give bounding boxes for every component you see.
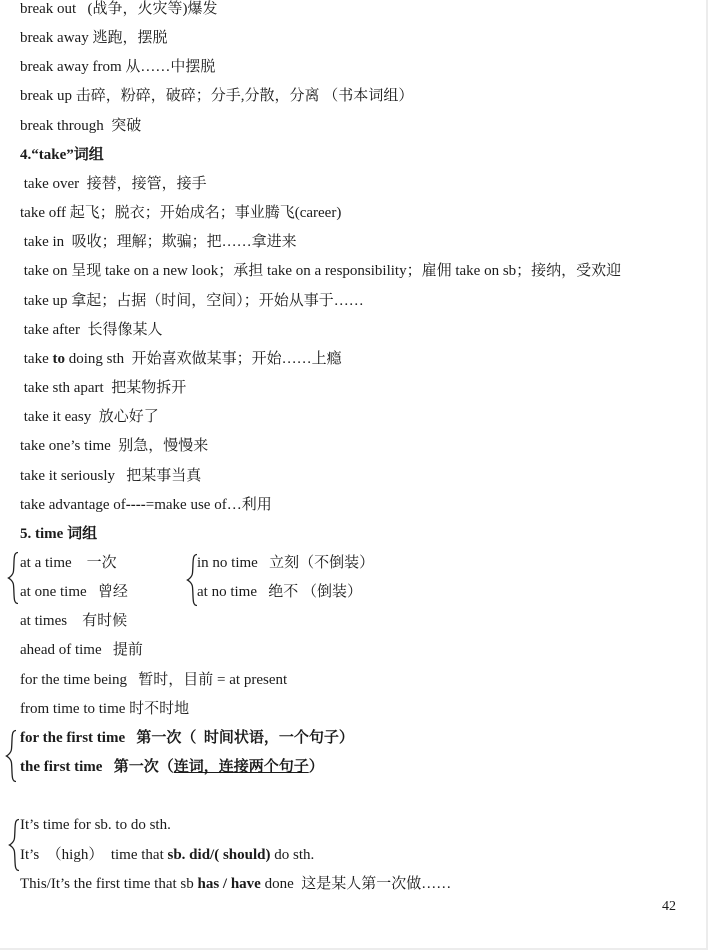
text-segment: take after 长得像某人 bbox=[20, 322, 162, 338]
text-segment: in no time 立刻（不倒装） bbox=[197, 549, 374, 578]
text-segment: to bbox=[52, 351, 65, 367]
text-line: It’s （high） time that sb. did/( should) … bbox=[20, 841, 698, 870]
text-segment: for the first time 第一次（ 时间状语，一个句子） bbox=[20, 730, 354, 746]
text-segment: 4.“take”词组 bbox=[20, 147, 104, 163]
text-line: take after 长得像某人 bbox=[20, 316, 698, 345]
text-segment: ---- bbox=[126, 497, 146, 513]
text-segment: at times 有时候 bbox=[20, 613, 127, 629]
text-line: at times 有时候 bbox=[20, 607, 698, 636]
text-segment: It’s （high） time that bbox=[20, 847, 168, 863]
lines: break out (战争，火灾等)爆发break away 逃跑，摆脱brea… bbox=[20, 0, 698, 899]
text-segment: take advantage of bbox=[20, 497, 126, 513]
text-segment: =make use of…利用 bbox=[146, 497, 272, 513]
curly-brace-first-time-group bbox=[3, 729, 19, 783]
text-line: ahead of time 提前 bbox=[20, 636, 698, 665]
text-segment: take in 吸收；理解；欺骗；把……拿进来 bbox=[20, 234, 297, 250]
text-segment: break out (战争，火灾等)爆发 bbox=[20, 1, 217, 17]
text-line: take off 起飞；脱衣；开始成名；事业腾飞(career) bbox=[20, 199, 698, 228]
text-line bbox=[20, 782, 698, 811]
text-segment: take up 拿起；占据（时间，空间）；开始从事于…… bbox=[20, 293, 364, 309]
text-segment: for the time being 暂时，目前 = at present bbox=[20, 672, 287, 688]
text-line: take up 拿起；占据（时间，空间）；开始从事于…… bbox=[20, 287, 698, 316]
text-segment: break up 击碎，粉碎，破碎；分手,分散，分离 （书本词组） bbox=[20, 88, 413, 104]
text-line: take sth apart 把某物拆开 bbox=[20, 374, 698, 403]
text-line: break through 突破 bbox=[20, 112, 698, 141]
text-segment: sb. did/( should) bbox=[168, 847, 271, 863]
text-segment: from time to time 时不时地 bbox=[20, 701, 189, 717]
text-line: take one’s time 别急，慢慢来 bbox=[20, 432, 698, 461]
text-line: break away 逃跑，摆脱 bbox=[20, 24, 698, 53]
text-segment: at no time 绝不 （倒装） bbox=[197, 578, 362, 607]
text-segment: at one time 曾经 bbox=[20, 584, 128, 600]
text-segment: take it easy 放心好了 bbox=[20, 409, 159, 425]
text-segment: take bbox=[20, 351, 52, 367]
text-segment: take over 接替，接管，接手 bbox=[20, 176, 207, 192]
text-segment: 连词，连接两个句子 bbox=[174, 759, 309, 775]
text-line: for the first time 第一次（ 时间状语，一个句子） bbox=[20, 724, 698, 753]
text-segment: the first time 第一次（ bbox=[20, 759, 174, 775]
text-segment: It’s time for sb. to do sth. bbox=[20, 817, 171, 833]
text-segment: at a time 一次 bbox=[20, 555, 117, 571]
text-segment: doing sth 开始喜欢做某事；开始……上瘾 bbox=[65, 351, 342, 367]
text-segment: 5. time 词组 bbox=[20, 526, 97, 542]
text-segment: do sth. bbox=[270, 847, 314, 863]
text-line: break away from 从……中摆脱 bbox=[20, 53, 698, 82]
text-line: the first time 第一次（连词，连接两个句子） bbox=[20, 753, 698, 782]
text-line: at one time 曾经at no time 绝不 （倒装） bbox=[20, 578, 698, 607]
text-segment: break away from 从……中摆脱 bbox=[20, 59, 215, 75]
text-line: at a time 一次in no time 立刻（不倒装） bbox=[20, 549, 698, 578]
text-segment: take sth apart 把某物拆开 bbox=[20, 380, 186, 396]
text-line: from time to time 时不时地 bbox=[20, 695, 698, 724]
text-line: take on 呈现 take on a new look；承担 take on… bbox=[20, 257, 698, 286]
text-line: It’s time for sb. to do sth. bbox=[20, 811, 698, 840]
text-segment: has / have bbox=[197, 876, 260, 892]
curly-brace-at-a-time-group bbox=[5, 551, 21, 605]
text-segment: done 这是某人第一次做…… bbox=[261, 876, 451, 892]
text-line: 4.“take”词组 bbox=[20, 141, 698, 170]
text-line: This/It’s the first time that sb has / h… bbox=[20, 870, 698, 899]
text-segment: ） bbox=[309, 759, 324, 775]
text-line: take it seriously 把某事当真 bbox=[20, 462, 698, 491]
document-page: break out (战争，火灾等)爆发break away 逃跑，摆脱brea… bbox=[0, 0, 708, 950]
text-line: take advantage of----=make use of…利用 bbox=[20, 491, 698, 520]
text-segment: break away 逃跑，摆脱 bbox=[20, 30, 167, 46]
text-segment: break through 突破 bbox=[20, 118, 141, 134]
text-segment: take it seriously 把某事当真 bbox=[20, 468, 201, 484]
page-number: 42 bbox=[662, 898, 676, 916]
text-line: take in 吸收；理解；欺骗；把……拿进来 bbox=[20, 228, 698, 257]
text-segment: take off 起飞；脱衣；开始成名；事业腾飞(career) bbox=[20, 205, 341, 221]
text-segment: This/It’s the first time that sb bbox=[20, 876, 197, 892]
text-line: for the time being 暂时，目前 = at present bbox=[20, 666, 698, 695]
text-segment: take one’s time 别急，慢慢来 bbox=[20, 438, 208, 454]
text-line: take to doing sth 开始喜欢做某事；开始……上瘾 bbox=[20, 345, 698, 374]
text-line: 5. time 词组 bbox=[20, 520, 698, 549]
text-line: take over 接替，接管，接手 bbox=[20, 170, 698, 199]
text-line: break out (战争，火灾等)爆发 bbox=[20, 0, 698, 24]
text-line: take it easy 放心好了 bbox=[20, 403, 698, 432]
text-segment: take on 呈现 take on a new look；承担 take on… bbox=[20, 263, 621, 279]
text-segment: ahead of time 提前 bbox=[20, 642, 143, 658]
text-line: break up 击碎，粉碎，破碎；分手,分散，分离 （书本词组） bbox=[20, 82, 698, 111]
